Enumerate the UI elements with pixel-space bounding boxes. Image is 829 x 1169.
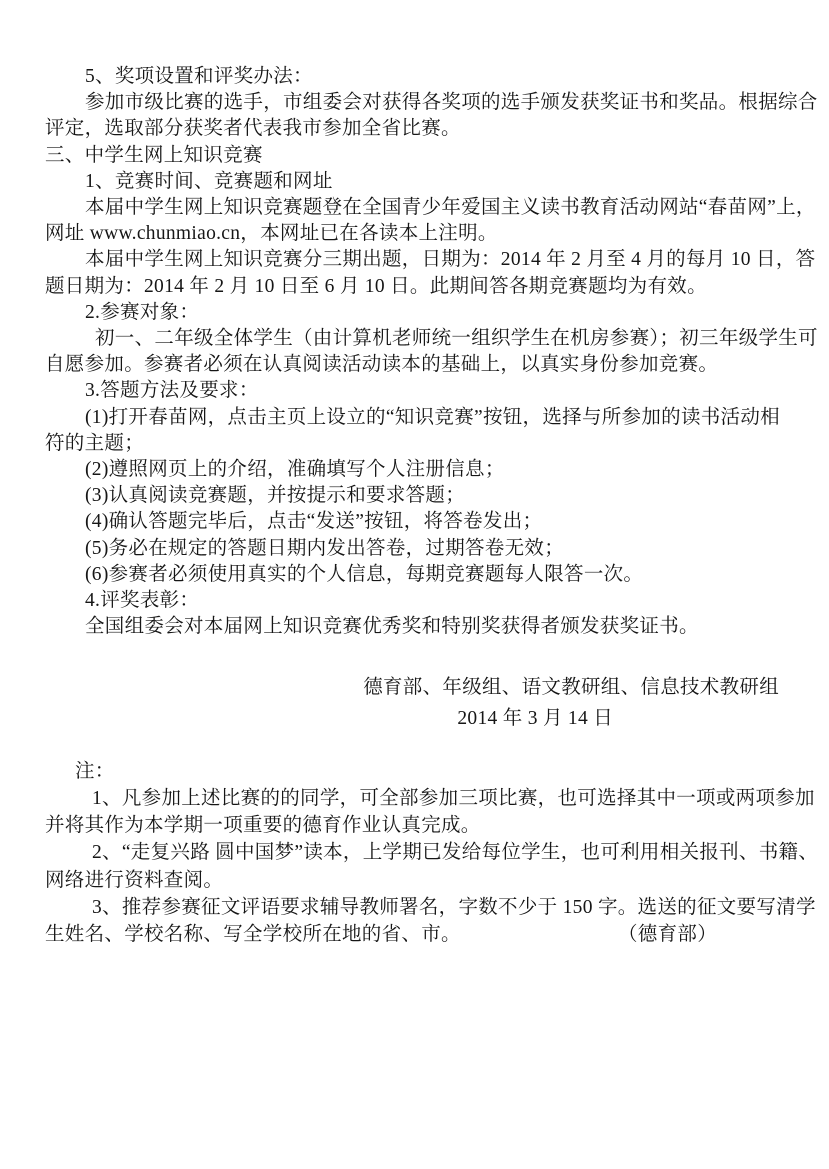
list-item-line: (5)务必在规定的答题日期内发出答卷，过期答卷无效； xyxy=(45,536,805,562)
list-item-line: (1)打开春苗网，点击主页上设立的“知识竞赛”按钮，选择与所参加的读书活动相 xyxy=(45,405,805,431)
body-line: 题日期为：2014 年 2 月 10 日至 6 月 10 日。此期间答各期竞赛题… xyxy=(45,274,805,300)
body-line: 自愿参加。参赛者必须在认真阅读活动读本的基础上，以真实身份参加竞赛。 xyxy=(45,352,805,378)
list-item-line: (3)认真阅读竞赛题，并按提示和要求答题； xyxy=(45,483,805,509)
sub-heading: 1、竞赛时间、竞赛题和网址 xyxy=(45,169,805,195)
list-item-line: (4)确认答题完毕后，点击“发送”按钮，将答卷发出； xyxy=(45,509,805,535)
note-line: 2、“走复兴路 圆中国梦”读本，上学期已发给每位学生，也可利用相关报刊、书籍、 xyxy=(45,839,805,866)
body-line: 初一、二年级全体学生（由计算机老师统一组织学生在机房参赛）；初三年级学生可 xyxy=(45,326,805,352)
signature-line: 德育部、年级组、语文教研组、信息技术教研组 xyxy=(45,675,805,701)
body-line: 评定，选取部分获奖者代表我市参加全省比赛。 xyxy=(45,116,805,142)
document-page: 5、奖项设置和评奖办法： 参加市级比赛的选手，市组委会对获得各奖项的选手颁发获奖… xyxy=(0,0,829,1169)
body-line: 5、奖项设置和评奖办法： xyxy=(45,64,805,90)
section-heading: 三、中学生网上知识竞赛 xyxy=(45,143,805,169)
body-line: 本届中学生网上知识竞赛分三期出题，日期为：2014 年 2 月至 4 月的每月 … xyxy=(45,247,805,273)
list-item-line: (2)遵照网页上的介绍，准确填写个人注册信息； xyxy=(45,457,805,483)
department-stamp: （德育部） xyxy=(618,921,717,948)
body-line: 全国组委会对本届网上知识竞赛优秀奖和特别奖获得者颁发获奖证书。 xyxy=(45,614,805,640)
body-line: 本届中学生网上知识竞赛题登在全国青少年爱国主义读书教育活动网站“春苗网”上， xyxy=(45,195,805,221)
sub-heading: 4.评奖表彰： xyxy=(45,588,805,614)
sub-heading: 3.答题方法及要求： xyxy=(45,378,805,404)
list-item-line: 符的主题； xyxy=(45,431,805,457)
notes-section: 注： 1、凡参加上述比赛的的同学，可全部参加三项比赛，也可选择其中一项或两项参加… xyxy=(45,758,805,948)
note-line-text: 生姓名、学校名称、写全学校所在地的省、市。 xyxy=(45,924,461,945)
note-line: 生姓名、学校名称、写全学校所在地的省、市。 （德育部） xyxy=(45,921,805,948)
note-line: 并将其作为本学期一项重要的德育作业认真完成。 xyxy=(45,812,805,839)
body-line: 参加市级比赛的选手，市组委会对获得各奖项的选手颁发获奖证书和奖品。根据综合 xyxy=(45,90,805,116)
note-line: 3、推荐参赛征文评语要求辅导教师署名，字数不少于 150 字。选送的征文要写清学 xyxy=(45,894,805,921)
document-body: 5、奖项设置和评奖办法： 参加市级比赛的选手，市组委会对获得各奖项的选手颁发获奖… xyxy=(45,64,805,948)
sub-heading: 2.参赛对象： xyxy=(45,300,805,326)
notes-label: 注： xyxy=(45,758,805,785)
body-line: 网址 www.chunmiao.cn，本网址已在各读本上注明。 xyxy=(45,221,805,247)
note-line: 网络进行资料查阅。 xyxy=(45,867,805,894)
date-line: 2014 年 3 月 14 日 xyxy=(45,706,805,732)
note-line: 1、凡参加上述比赛的的同学，可全部参加三项比赛，也可选择其中一项或两项参加 xyxy=(45,785,805,812)
list-item-line: (6)参赛者必须使用真实的个人信息，每期竞赛题每人限答一次。 xyxy=(45,562,805,588)
